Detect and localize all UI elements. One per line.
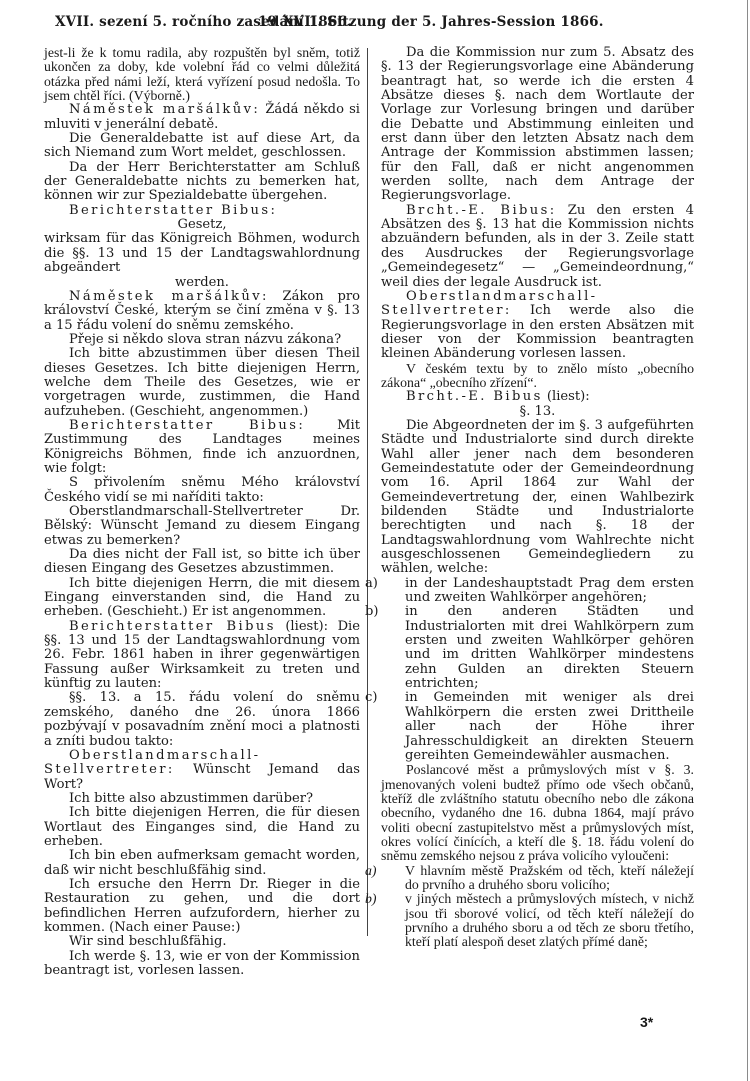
paragraph: Ich bin eben aufmerksam gemacht worden, … (44, 849, 360, 878)
speech-paragraph: Berichterstatter Bibus: (44, 204, 360, 218)
paragraph: Die Generaldebatte ist auf diese Art, da… (44, 132, 360, 161)
paragraph: Ich ersuche den Herrn Dr. Rieger in die … (44, 878, 360, 935)
centered-heading: §. 13. (381, 405, 694, 419)
speech-paragraph: Berichterstatter Bibus (liest): Die §§. … (44, 620, 360, 692)
paragraph: Ich bitte diejenigen Herrn, die mit dies… (44, 577, 360, 620)
list-item-text: v jiných městech a průmyslových místech,… (405, 891, 694, 949)
left-column: jest-li že k tomu radila, aby rozpuštěn … (44, 46, 360, 978)
list-item: b)v jiných městech a průmyslových místec… (381, 892, 694, 949)
speaker-name: Berichterstatter Bibus: (69, 418, 305, 433)
signature-mark: 3* (640, 1014, 653, 1030)
list-marker: b) (385, 892, 405, 906)
page-edge-line (747, 0, 748, 1081)
centered-heading: werden. (44, 276, 360, 290)
list-item-text: in den anderen Städten und Industrialort… (405, 604, 694, 691)
paragraph: Ich bitte diejenigen Herren, die für die… (44, 806, 360, 849)
speaker-name: Berichterstatter Bibus (69, 619, 276, 634)
paragraph: Ich bitte abzustimmen über diesen Theil … (44, 347, 360, 419)
speech-paragraph: Brcht.-E. Bibus (liest): (381, 390, 694, 404)
paragraph: jest-li že k tomu radila, aby rozpuštěn … (44, 46, 360, 103)
speaker-name: Náměstek maršálkův: (69, 102, 260, 117)
list-item-text: in der Landeshauptstadt Prag dem ersten … (405, 576, 694, 605)
speaker-name: Náměstek maršálkův: (69, 289, 269, 304)
list-item: a)V hlavním městě Pražském od těch, kteř… (381, 864, 694, 893)
paragraph: Přeje si někdo slova stran názvu zákona? (44, 333, 360, 347)
speech-paragraph: Oberstlandmarschall-Stellvertreter: Ich … (381, 290, 694, 362)
speech-paragraph: Brcht.-E. Bibus: Zu den ersten 4 Absätze… (381, 204, 694, 290)
paragraph: V českém textu by to znělo místo „obecní… (381, 362, 694, 391)
list-marker: b) (385, 605, 405, 619)
paragraph: Da dies nicht der Fall ist, so bitte ich… (44, 548, 360, 577)
paragraph: Poslancové měst a průmyslových míst v §.… (381, 763, 694, 863)
list-marker: c) (385, 691, 405, 705)
list-item-text: in Gemeinden mit weniger als drei Wahlkö… (405, 690, 694, 762)
right-column: Da die Kommission nur zum 5. Absatz des … (381, 46, 694, 950)
speech-text: (liest): (543, 389, 590, 404)
paragraph: Da die Kommission nur zum 5. Absatz des … (381, 46, 694, 204)
paragraph: wirksam für das Königreich Böhmen, wodur… (44, 232, 360, 275)
speech-paragraph: Oberstlandmarschall-Stellvertreter: Wüns… (44, 749, 360, 792)
list-item: b)in den anderen Städten und Industrialo… (381, 605, 694, 691)
speech-paragraph: Náměstek maršálkův: Žádá někdo si mluvit… (44, 103, 360, 132)
header-german-title: XVII. Sitzung der 5. Jahres-Session 1866… (283, 14, 604, 30)
speaker-name: Berichterstatter Bibus: (69, 203, 277, 218)
paragraph: Ich bitte also abzustimmen darüber? (44, 792, 360, 806)
paragraph: S přivolením sněmu Mého království České… (44, 476, 360, 505)
list-marker: a) (385, 864, 405, 878)
paragraph: Ich werde §. 13, wie er von der Kommissi… (44, 950, 360, 979)
speaker-name: Brcht.-E. Bibus: (406, 203, 557, 218)
list-item: a)in der Landeshauptstadt Prag dem erste… (381, 577, 694, 606)
page-number: 19 (258, 14, 277, 30)
list-item-text: V hlavním městě Pražském od těch, kteří … (405, 863, 694, 892)
centered-heading: Gesetz, (44, 218, 360, 232)
speaker-name: Brcht.-E. Bibus (406, 389, 543, 404)
column-divider (367, 48, 368, 936)
speech-paragraph: Berichterstatter Bibus: Mit Zustimmung d… (44, 419, 360, 476)
list-marker: a) (385, 577, 405, 591)
list-item: c)in Gemeinden mit weniger als drei Wahl… (381, 691, 694, 763)
paragraph: Die Abgeordneten der im §. 3 aufgeführte… (381, 419, 694, 577)
paragraph: §§. 13. a 15. řádu volení do sněmu zemsk… (44, 691, 360, 748)
paragraph: Wir sind beschlußfähig. (44, 935, 360, 949)
speech-paragraph: Náměstek maršálkův: Zákon pro království… (44, 290, 360, 333)
running-header: XVII. sezení 5. ročního zasedání 1866. 1… (0, 14, 750, 36)
paragraph: Da der Herr Berichterstatter am Schluß d… (44, 161, 360, 204)
paragraph: Oberstlandmarschall-Stellvertreter Dr. B… (44, 505, 360, 548)
